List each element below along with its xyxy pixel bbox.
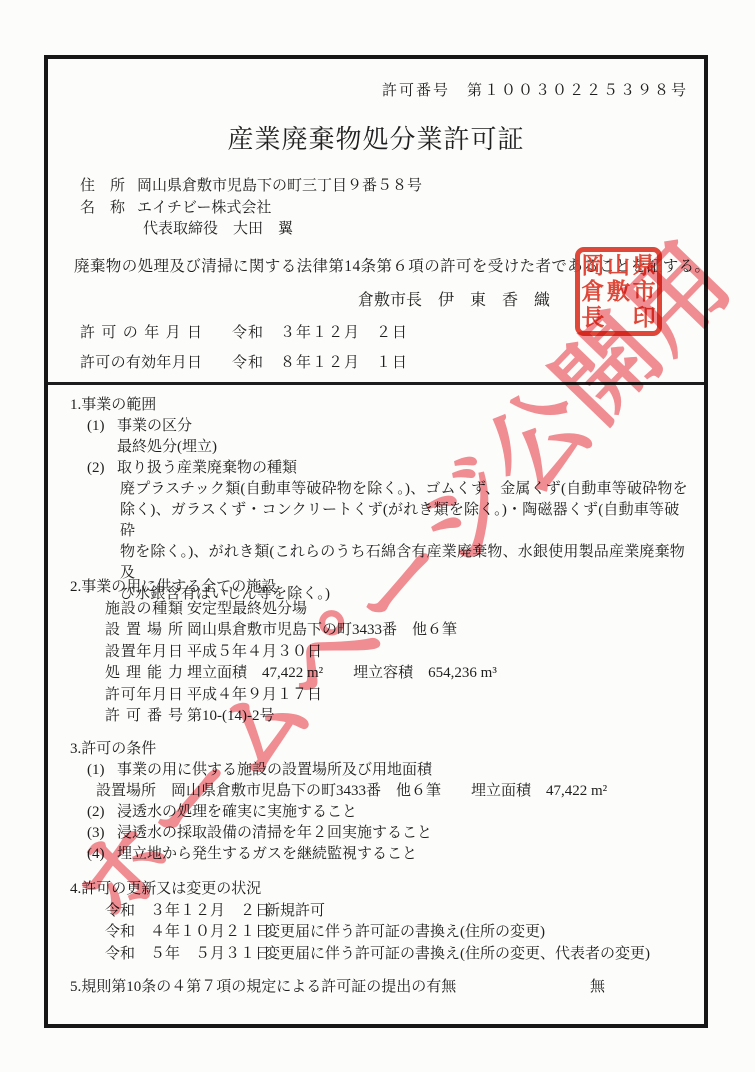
item-number: (2)	[87, 458, 117, 479]
section-permit-conditions: 3.許可の条件 (1)事業の用に供する施設の設置場所及び用地面積 設置場所 岡山…	[70, 739, 692, 865]
mayor-signature: 倉敷市長 伊 東 香 織	[358, 287, 550, 310]
section2-heading: 2.事業の用に供する全ての施設	[70, 577, 692, 599]
grant-date-value: 令和 ３年１２月 ２日	[232, 325, 408, 341]
item-number: (1)	[87, 760, 117, 781]
seal-char: 倉	[581, 280, 604, 303]
condition-item1-sub: 設置場所 岡山県倉敷市児島下の町3433番 他６筆 埋立面積 47,422 m²	[70, 781, 692, 802]
scanned-permit-document: { "header": { "permit_no_label": "許可番号",…	[0, 0, 755, 1072]
section4-heading: 4.許可の更新又は変更の状況	[70, 879, 692, 901]
address-value: 岡山県倉敷市児島下の町三丁目９番５８号	[137, 178, 422, 194]
facility-row: 設置場所岡山県倉敷市児島下の町3433番 他６筆	[70, 620, 692, 642]
facility-row: 許可年月日平成４年９月１７日	[70, 685, 692, 707]
seal-char: 長	[581, 306, 604, 329]
horizontal-divider	[48, 382, 704, 385]
history-desc: 新規許可	[265, 903, 325, 919]
item-number: (1)	[87, 416, 117, 437]
facility-row: 設置年月日平成５年４月３０日	[70, 642, 692, 664]
official-red-seal: 岡 山 県 倉 敷 市 長 印	[575, 247, 662, 336]
section1-heading: 1.事業の範囲	[70, 395, 692, 416]
history-desc: 変更届に伴う許可証の書換え(住所の変更)	[265, 924, 545, 940]
row-label: 設置場所	[105, 620, 183, 642]
section3-heading: 3.許可の条件	[70, 739, 692, 760]
facility-row: 処理能力埋立面積 47,422 m² 埋立容積 654,236 m³	[70, 663, 692, 685]
permit-number-line: 許可番号 第１００３０２２５３９８号	[382, 79, 688, 100]
document-border: 許可番号 第１００３０２２５３９８号 産業廃棄物処分業許可証 住 所岡山県倉敷市…	[44, 55, 708, 1028]
item-text: 取り扱う産業廃棄物の種類	[117, 460, 297, 476]
item-text: 浸透水の採取設備の清掃を年２回実施すること	[117, 825, 432, 841]
history-row: 令和 ５年 ５月３１日変更届に伴う許可証の書換え(住所の変更、代表者の変更)	[70, 944, 692, 966]
row-value: 第10-(14)-2号	[187, 708, 274, 724]
holder-address-line: 住 所岡山県倉敷市児島下の町三丁目９番５８号	[80, 176, 422, 198]
row-label: 設置年月日	[105, 642, 183, 664]
item-text: 埋立地から発生するガスを継続監視すること	[117, 846, 417, 862]
row-label: 許可年月日	[105, 685, 183, 707]
grant-date-row: 許可の年月日令和 ３年１２月 ２日	[80, 321, 408, 342]
section5-answer: 無	[590, 977, 605, 998]
grant-date-label: 許可の年月日	[80, 321, 202, 342]
item-number: (3)	[87, 823, 117, 844]
address-label: 住 所	[80, 176, 125, 198]
name-label: 名 称	[80, 198, 125, 220]
section5-heading: 5.規則第10条の４第７項の規定による許可証の提出の有無	[70, 979, 456, 995]
row-label: 許可番号	[105, 706, 183, 728]
section1-item1: (1)事業の区分	[70, 416, 692, 437]
seal-char: 敷	[607, 280, 630, 303]
section1-item1-sub: 最終処分(埋立)	[70, 437, 692, 458]
condition-item: (2)浸透水の処理を確実に実施すること	[70, 802, 692, 823]
valid-date-label: 許可の有効年月日	[80, 351, 202, 372]
item-text: 事業の区分	[117, 418, 192, 434]
facility-row: 許可番号第10-(14)-2号	[70, 706, 692, 728]
history-date: 令和 ４年１０月２１日	[105, 922, 265, 944]
facility-row: 施設の種類安定型最終処分場	[70, 599, 692, 621]
seal-char: 山	[607, 254, 630, 277]
seal-char: 岡	[581, 254, 604, 277]
row-label: 処理能力	[105, 663, 183, 685]
row-value: 埋立面積 47,422 m² 埋立容積 654,236 m³	[187, 665, 497, 681]
section-facilities: 2.事業の用に供する全ての施設 施設の種類安定型最終処分場 設置場所岡山県倉敷市…	[70, 577, 692, 728]
history-row: 令和 ４年１０月２１日変更届に伴う許可証の書換え(住所の変更)	[70, 922, 692, 944]
valid-date-row: 許可の有効年月日令和 ８年１２月 １日	[80, 351, 408, 372]
seal-char: 印	[633, 306, 656, 329]
row-label: 施設の種類	[105, 599, 183, 621]
history-date: 令和 ３年１２月 ２日	[105, 901, 265, 923]
section-certificate-submission: 5.規則第10条の４第７項の規定による許可証の提出の有無 無	[70, 977, 692, 998]
condition-item: (4)埋立地から発生するガスを継続監視すること	[70, 844, 692, 865]
row-value: 岡山県倉敷市児島下の町3433番 他６筆	[187, 622, 457, 638]
history-row: 令和 ３年１２月 ２日新規許可	[70, 901, 692, 923]
row-value: 安定型最終処分場	[187, 601, 307, 617]
holder-name-line: 名 称エイチビー株式会社	[80, 198, 422, 220]
row-value: 平成５年４月３０日	[187, 644, 322, 660]
history-date: 令和 ５年 ５月３１日	[105, 944, 265, 966]
page-title: 産業廃棄物処分業許可証	[48, 119, 704, 156]
seal-char: 県	[633, 254, 656, 277]
section-business-scope: 1.事業の範囲 (1)事業の区分 最終処分(埋立) (2)取り扱う産業廃棄物の種…	[70, 395, 692, 605]
item-number: (2)	[87, 802, 117, 823]
holder-info: 住 所岡山県倉敷市児島下の町三丁目９番５８号 名 称エイチビー株式会社 代表取締…	[80, 176, 422, 241]
item-number: (4)	[87, 844, 117, 865]
representative-line: 代表取締役 大田 翼	[80, 219, 422, 241]
seal-char: 市	[633, 280, 656, 303]
row-value: 平成４年９月１７日	[187, 687, 322, 703]
valid-date-value: 令和 ８年１２月 １日	[232, 355, 408, 371]
section-renewal-history: 4.許可の更新又は変更の状況 令和 ３年１２月 ２日新規許可 令和 ４年１０月２…	[70, 879, 692, 965]
history-desc: 変更届に伴う許可証の書換え(住所の変更、代表者の変更)	[265, 946, 650, 962]
item-text: 浸透水の処理を確実に実施すること	[117, 804, 357, 820]
item-text: 事業の用に供する施設の設置場所及び用地面積	[117, 762, 432, 778]
section1-item2: (2)取り扱う産業廃棄物の種類	[70, 458, 692, 479]
condition-item: (3)浸透水の採取設備の清掃を年２回実施すること	[70, 823, 692, 844]
company-name: エイチビー株式会社	[137, 200, 271, 216]
condition-item: (1)事業の用に供する施設の設置場所及び用地面積	[70, 760, 692, 781]
